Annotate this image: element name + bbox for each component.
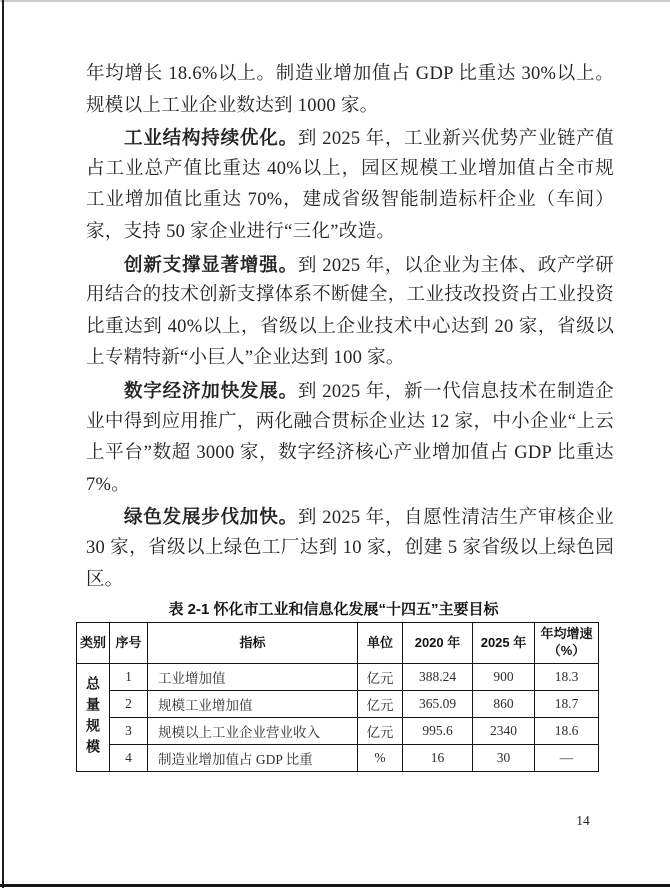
cell-growth: 18.3: [535, 664, 599, 691]
column-header: 年均增速 （%）: [535, 623, 599, 664]
cell-unit: 亿元: [358, 664, 403, 691]
body-line: 上专精特新“小巨人”企业达到 100 家。: [86, 343, 614, 375]
page-number: 14: [566, 813, 600, 829]
body-line-text: 业中得到应用推广，两化融合贯标企业达 12 家，中小企业“上云: [86, 412, 614, 432]
cell-y2020: 16: [403, 745, 473, 772]
body-line: 比重达到 40%以上，省级以上企业技术中心达到 20 家，省级以: [86, 312, 614, 344]
body-text: 年均增长 18.6%以上。制造业增加值占 GDP 比重达 30%以上。规模以上工…: [86, 59, 614, 596]
cell-y2020: 365.09: [403, 691, 473, 718]
body-line-text: 家，支持 50 家企业进行“三化”改造。: [86, 222, 395, 242]
document-page: 年均增长 18.6%以上。制造业增加值占 GDP 比重达 30%以上。规模以上工…: [0, 0, 670, 888]
cell-y2020: 995.6: [403, 718, 473, 745]
cell-y2025: 860: [473, 691, 535, 718]
body-line: 区。: [86, 565, 614, 597]
body-line: 30 家，省级以上绿色工厂达到 10 家，创建 5 家省级以上绿色园: [86, 533, 614, 565]
body-line: 数字经济加快发展。到 2025 年，新一代信息技术在制造企: [86, 375, 614, 407]
body-line: 7%。: [86, 470, 614, 502]
column-header: 序号: [110, 623, 148, 664]
body-line-text: 上平台”数超 3000 家，数字经济核心产业增加值占 GDP 比重达: [86, 443, 614, 463]
table-body: 总量规模1工业增加值亿元388.2490018.32规模工业增加值亿元365.0…: [77, 664, 599, 772]
body-line-text: 7%。: [86, 475, 130, 495]
cell-y2025: 900: [473, 664, 535, 691]
body-line-text: 30 家，省级以上绿色工厂达到 10 家，创建 5 家省级以上绿色园: [86, 538, 614, 558]
cell-y2020: 388.24: [403, 664, 473, 691]
cell-growth: —: [535, 745, 599, 772]
body-line: 上平台”数超 3000 家，数字经济核心产业增加值占 GDP 比重达: [86, 438, 614, 470]
column-header: 2020 年: [403, 623, 473, 664]
body-line-text: 规模以上工业企业数达到 1000 家。: [86, 96, 378, 116]
cell-indicator: 制造业增加值占 GDP 比重: [148, 745, 358, 772]
cell-y2025: 30: [473, 745, 535, 772]
paragraph-lead: 创新支撑显著增强。: [124, 254, 298, 275]
cell-no: 4: [110, 745, 148, 772]
body-line-text: 到 2025 年，自愿性清洁生产审核企业: [298, 508, 614, 528]
paragraph-lead: 绿色发展步伐加快。: [124, 506, 298, 527]
cell-no: 3: [110, 718, 148, 745]
body-line: 业中得到应用推广，两化融合贯标企业达 12 家，中小企业“上云: [86, 407, 614, 439]
cell-unit: 亿元: [358, 718, 403, 745]
table-row: 2规模工业增加值亿元365.0986018.7: [77, 691, 599, 718]
table-title: 表 2-1 怀化市工业和信息化发展“十四五”主要目标: [76, 598, 591, 619]
body-line-text: 用结合的技术创新支撑体系不断健全，工业技改投资占工业投资: [86, 285, 614, 305]
table-header-row: 类别序号指标单位2020 年2025 年年均增速 （%）: [77, 623, 599, 664]
body-line: 年均增长 18.6%以上。制造业增加值占 GDP 比重达 30%以上。: [86, 59, 614, 91]
body-line-text: 到 2025 年，新一代信息技术在制造企: [298, 382, 614, 402]
cell-unit: %: [358, 745, 403, 772]
category-cell: 总量规模: [77, 664, 110, 772]
table-row: 4制造业增加值占 GDP 比重%1630—: [77, 745, 599, 772]
scan-edge-bottom: [0, 884, 670, 887]
column-header: 指标: [148, 623, 358, 664]
cell-indicator: 规模以上工业企业营业收入: [148, 718, 358, 745]
table-row: 总量规模1工业增加值亿元388.2490018.3: [77, 664, 599, 691]
body-line-text: 年均增长 18.6%以上。制造业增加值占 GDP 比重达 30%以上。: [86, 64, 614, 84]
cell-no: 1: [110, 664, 148, 691]
body-line-text: 到 2025 年，工业新兴优势产业链产值: [298, 129, 614, 149]
table-row: 3规模以上工业企业营业收入亿元995.6234018.6: [77, 718, 599, 745]
body-line: 创新支撑显著增强。到 2025 年，以企业为主体、政产学研: [86, 249, 614, 281]
body-line: 用结合的技术创新支撑体系不断健全，工业技改投资占工业投资: [86, 280, 614, 312]
body-line: 工业结构持续优化。到 2025 年，工业新兴优势产业链产值: [86, 122, 614, 154]
goals-table: 类别序号指标单位2020 年2025 年年均增速 （%） 总量规模1工业增加值亿…: [76, 622, 599, 772]
body-line: 工业增加值比重达 70%，建成省级智能制造标杆企业（车间）10: [86, 185, 614, 217]
column-header: 单位: [358, 623, 403, 664]
cell-y2025: 2340: [473, 718, 535, 745]
paragraph-lead: 工业结构持续优化。: [124, 127, 298, 148]
body-line-text: 上专精特新“小巨人”企业达到 100 家。: [86, 348, 405, 368]
column-header: 类别: [77, 623, 110, 664]
body-line: 占工业总产值比重达 40%以上，园区规模工业增加值占全市规模: [86, 154, 614, 186]
body-line: 家，支持 50 家企业进行“三化”改造。: [86, 217, 614, 249]
paragraph-lead: 数字经济加快发展。: [124, 380, 298, 401]
body-line: 规模以上工业企业数达到 1000 家。: [86, 91, 614, 123]
body-line-text: 工业增加值比重达 70%，建成省级智能制造标杆企业（车间）10: [86, 190, 614, 217]
cell-unit: 亿元: [358, 691, 403, 718]
body-line: 绿色发展步伐加快。到 2025 年，自愿性清洁生产审核企业: [86, 501, 614, 533]
cell-growth: 18.6: [535, 718, 599, 745]
cell-no: 2: [110, 691, 148, 718]
body-line-text: 比重达到 40%以上，省级以上企业技术中心达到 20 家，省级以: [86, 317, 614, 337]
scan-edge-top: [0, 0, 670, 2]
cell-indicator: 工业增加值: [148, 664, 358, 691]
body-line-text: 区。: [86, 570, 124, 590]
body-line-text: 占工业总产值比重达 40%以上，园区规模工业增加值占全市规模: [86, 159, 614, 186]
body-line-text: 到 2025 年，以企业为主体、政产学研: [298, 256, 614, 276]
scan-edge-left: [2, 0, 4, 888]
cell-indicator: 规模工业增加值: [148, 691, 358, 718]
column-header: 2025 年: [473, 623, 535, 664]
cell-growth: 18.7: [535, 691, 599, 718]
